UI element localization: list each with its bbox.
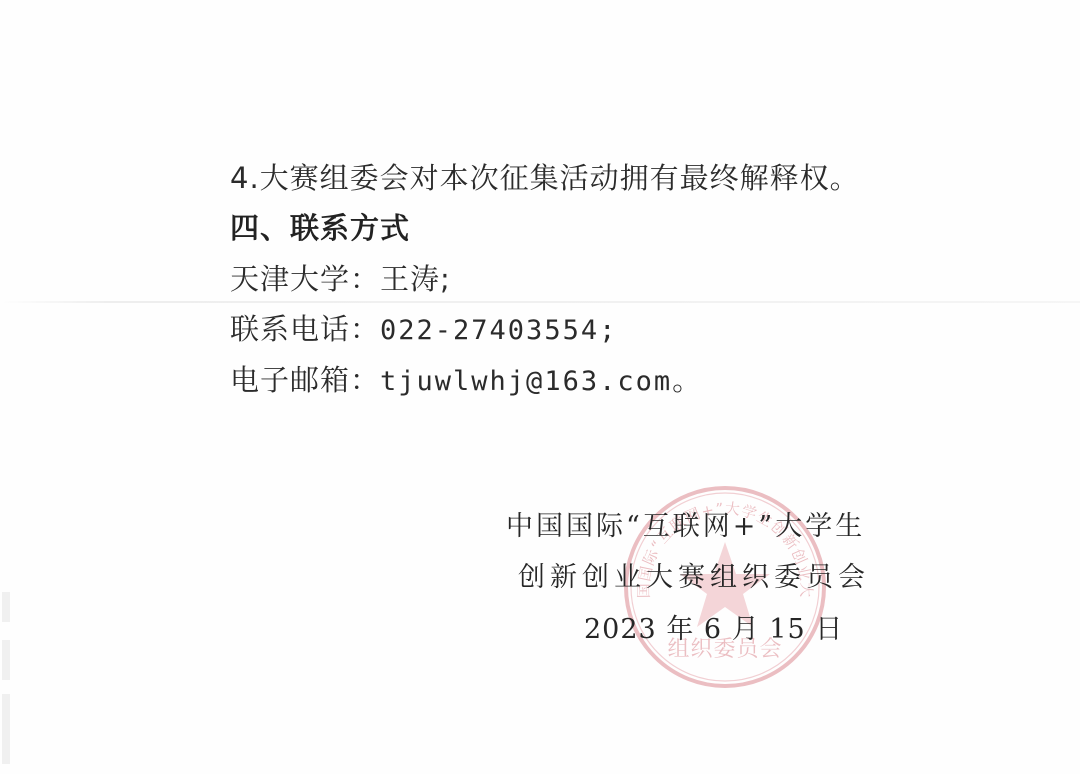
list-item-text: 大赛组委会对本次征集活动拥有最终解释权。 bbox=[260, 161, 860, 195]
scan-artifact-line bbox=[0, 301, 1080, 303]
contact-university-value: 王涛; bbox=[380, 262, 451, 296]
section-heading-contact: 四、联系方式 bbox=[230, 211, 410, 245]
date-day-unit: 日 bbox=[815, 614, 843, 645]
contact-university-label: 天津大学： bbox=[230, 262, 380, 296]
contact-email-suffix: 。 bbox=[672, 363, 702, 397]
signature-date: 2023 年 6 月 15 日 bbox=[584, 613, 843, 647]
contact-phone: 联系电话：022-27403554; bbox=[230, 312, 617, 348]
signature-org-line-2: 创新创业大赛组织委员会 bbox=[518, 561, 870, 595]
scan-edge-artifact bbox=[2, 694, 10, 764]
date-day: 15 bbox=[769, 614, 805, 645]
date-month: 6 bbox=[704, 614, 722, 645]
contact-email-value: tjuwlwhj@163.com bbox=[380, 366, 672, 397]
scan-edge-artifact bbox=[2, 640, 10, 680]
date-year: 2023 bbox=[584, 614, 657, 645]
date-month-unit: 月 bbox=[732, 614, 760, 645]
contact-university: 天津大学：王涛; bbox=[230, 262, 451, 296]
contact-email: 电子邮箱：tjuwlwhj@163.com。 bbox=[230, 363, 702, 399]
contact-phone-value: 022-27403554; bbox=[380, 315, 617, 346]
scan-edge-artifact bbox=[2, 592, 10, 622]
contact-phone-label: 联系电话： bbox=[230, 312, 380, 346]
contact-email-label: 电子邮箱： bbox=[230, 363, 380, 397]
list-item-4: 4.大赛组委会对本次征集活动拥有最终解释权。 bbox=[230, 161, 860, 195]
signature-org-line-1: 中国国际“互联网+”大学生 bbox=[506, 510, 865, 544]
document-page: 4.大赛组委会对本次征集活动拥有最终解释权。 四、联系方式 天津大学：王涛; 联… bbox=[0, 0, 1080, 774]
list-item-number: 4. bbox=[230, 161, 260, 195]
date-year-unit: 年 bbox=[666, 614, 694, 645]
